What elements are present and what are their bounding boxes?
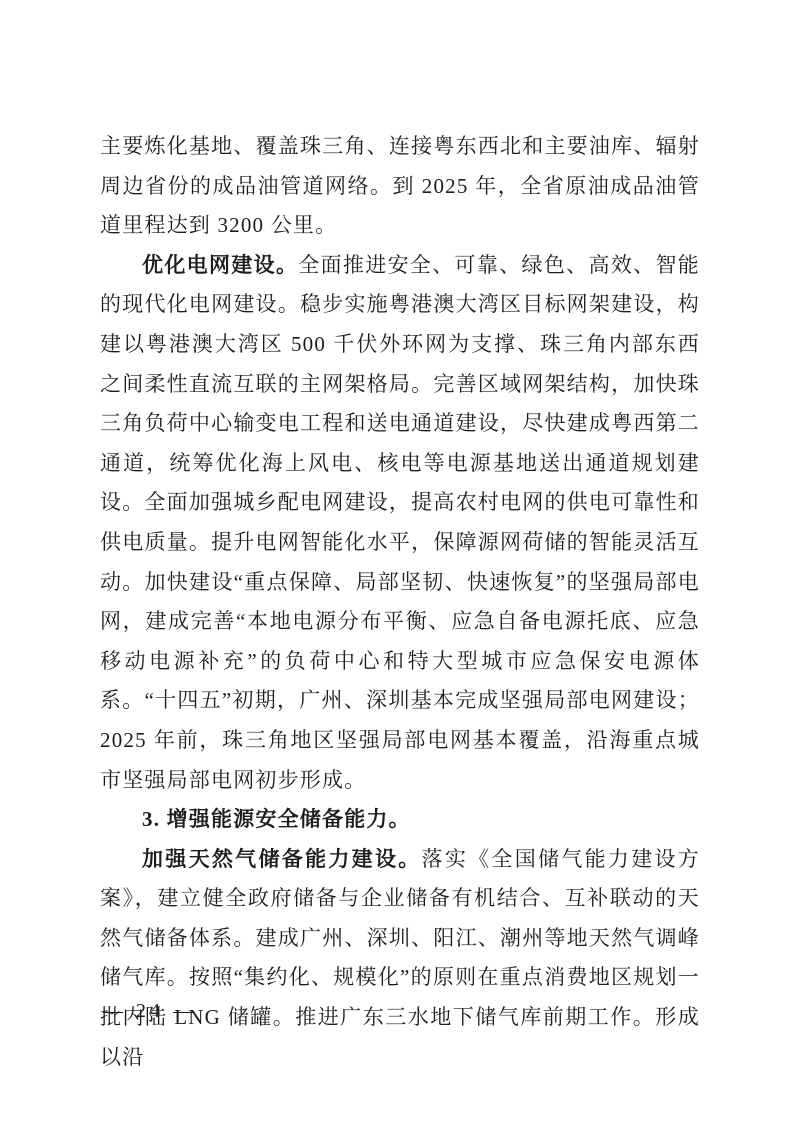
page-number: — 24 — (103, 1000, 197, 1023)
paragraph-lead-grid-optimization: 优化电网建设。 (142, 253, 298, 277)
section-heading-energy-storage: 3. 增强能源安全储备能力。 (100, 800, 700, 840)
paragraph-gas-storage: 加强天然气储备能力建设。落实《全国储气能力建设方案》，建立健全政府储备与企业储备… (100, 840, 700, 1078)
paragraph-text-grid-optimization: 全面推进安全、可靠、绿色、高效、智能的现代化电网建设。稳步实施粤港澳大湾区目标网… (100, 253, 700, 792)
paragraph-oil-pipeline-continuation: 主要炼化基地、覆盖珠三角、连接粤东西北和主要油库、辐射周边省份的成品油管道网络。… (100, 127, 700, 246)
paragraph-text-gas-storage: 落实《全国储气能力建设方案》，建立健全政府储备与企业储备有机结合、互补联动的天然… (100, 847, 700, 1069)
document-page: 主要炼化基地、覆盖珠三角、连接粤东西北和主要油库、辐射周边省份的成品油管道网络。… (100, 127, 700, 1077)
paragraph-grid-optimization: 优化电网建设。全面推进安全、可靠、绿色、高效、智能的现代化电网建设。稳步实施粤港… (100, 246, 700, 800)
paragraph-lead-gas-storage: 加强天然气储备能力建设。 (142, 847, 422, 871)
